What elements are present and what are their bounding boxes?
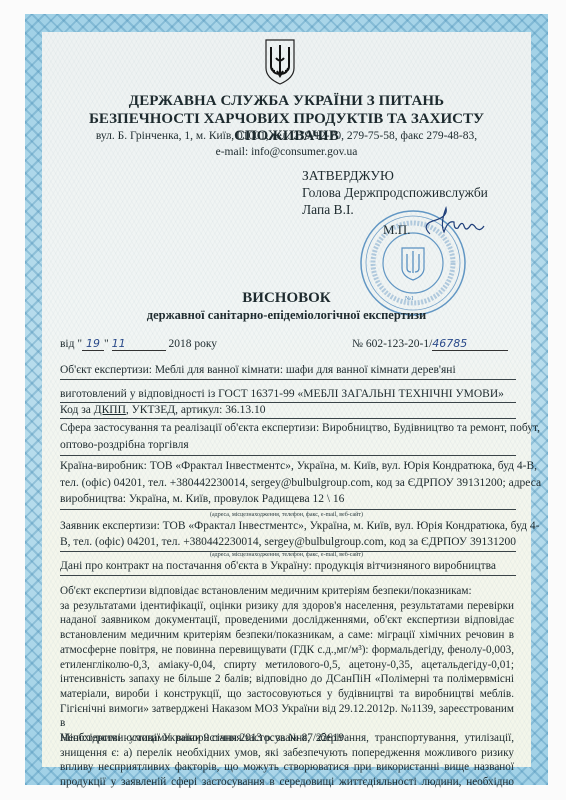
dkpp-link: ДКПП xyxy=(94,404,126,416)
rule xyxy=(60,509,516,510)
field-country-line2: тел. (офіс) 04201, тел. +380442230014, s… xyxy=(60,477,541,489)
rule xyxy=(60,455,516,456)
org-address: вул. Б. Грінченка, 1, м. Київ, 01001, те… xyxy=(42,130,531,142)
stamp-mark: М.П. xyxy=(383,222,410,238)
org-name-line1: ДЕРЖАВНА СЛУЖБА УКРАЇНИ З ПИТАНЬ xyxy=(42,93,531,110)
field-country-line3: виробництва: Україна, м. Київ, провулок … xyxy=(60,493,344,505)
date-month: 11 xyxy=(112,337,166,351)
document-date: від "19" 11 2018 року xyxy=(60,337,217,351)
field-caption: (адреса, місцезнаходження, телефон, факс… xyxy=(42,552,531,558)
trident-icon xyxy=(263,38,297,86)
compliance-heading: Об'єкт експертизи відповідає встановлени… xyxy=(60,584,514,599)
signature xyxy=(418,198,488,246)
approval-label: ЗАТВЕРДЖУЮ xyxy=(302,168,394,184)
date-day: 19 xyxy=(82,337,104,351)
document-number: № 602-123-20-1/46785 xyxy=(352,337,508,351)
compliance-paragraph: Об'єкт експертизи відповідає встановлени… xyxy=(60,584,514,746)
rule xyxy=(60,575,516,576)
field-applicant-line1: Заявник експертизи: ТОВ «Фрактал Інвестм… xyxy=(60,520,539,532)
field-contract: Дані про контракт на постачання об'єкта … xyxy=(60,560,496,572)
field-code: Код за ДКПП, УКТЗЕД, артикул: 36.13.10 xyxy=(60,404,265,416)
conditions-paragraph: Необхідними умовами використання/застосу… xyxy=(60,731,514,790)
approver-name: Лапа В.І. xyxy=(302,202,354,218)
number-handwritten: 46785 xyxy=(432,337,508,351)
field-caption: (адреса, місцезнаходження, телефон, факс… xyxy=(42,512,531,518)
field-object: Об'єкт експертизи: Меблі для ванної кімн… xyxy=(60,364,456,376)
rule xyxy=(60,379,516,380)
org-email: e-mail: info@consumer.gov.ua xyxy=(42,146,531,158)
rule xyxy=(60,418,516,419)
field-applicant-line2: В, тел. (офіс) 04201, тел. +380442230014… xyxy=(60,536,516,548)
field-country-line1: Країна-виробник: ТОВ «Фрактал Інвестмент… xyxy=(60,460,537,472)
field-scope-line2: оптово-роздрібна торгівля xyxy=(60,439,189,451)
document-title: ВИСНОВОК xyxy=(42,290,531,307)
rule xyxy=(60,402,516,403)
field-manufactured: виготовлений у відповідності із ГОСТ 163… xyxy=(60,388,504,400)
document-subtitle: державної санітарно-епідеміологічної екс… xyxy=(42,308,531,323)
field-scope-line1: Сфера застосування та реалізації об'єкта… xyxy=(60,422,540,434)
date-year: 2018 року xyxy=(169,338,218,350)
